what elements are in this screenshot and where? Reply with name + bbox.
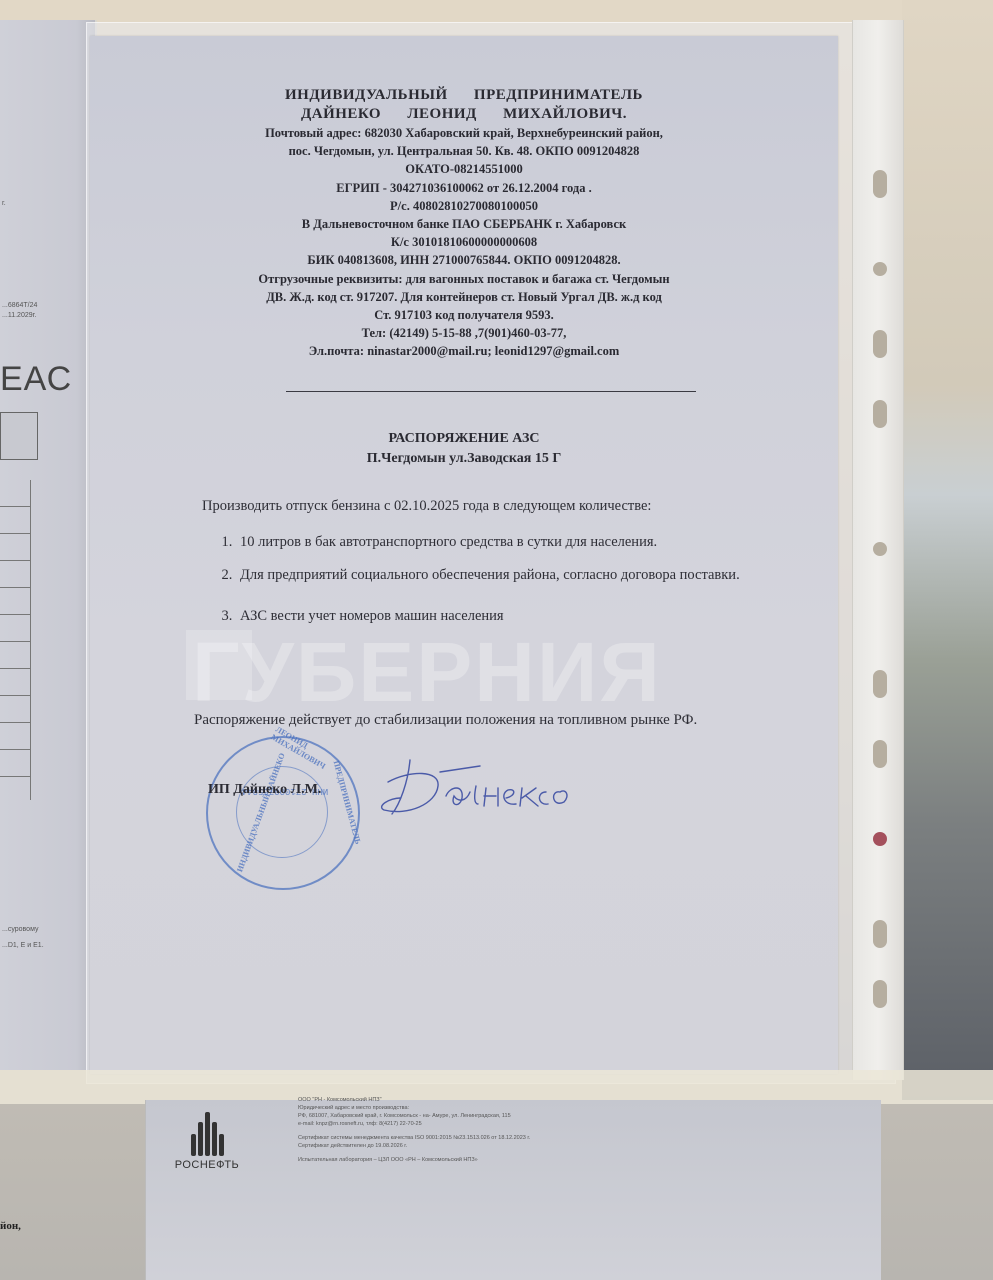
rosneft-detail-block: Сертификат системы менеджмента качества … (298, 1134, 728, 1150)
rosneft-details: ООО "РН - Комсомольский НПЗ" Юридический… (298, 1096, 728, 1170)
signer-name: ИП Дайнеко Л.М. (208, 782, 321, 798)
eac-logo: ЕАС (0, 360, 72, 399)
punch-hole-icon (873, 740, 887, 768)
punch-hole-icon (873, 330, 887, 358)
letterhead-detail: ЕГРИП - 304271036100062 от 26.12.2004 го… (90, 179, 838, 197)
letterhead-detail: Отгрузочные реквизиты: для вагонных пост… (90, 270, 838, 288)
order-heading: РАСПОРЯЖЕНИЕ АЗС П.Чегдомын ул.Заводская… (90, 429, 838, 469)
letterhead-detail: пос. Чегдомын, ул. Центральная 50. Кв. 4… (90, 142, 838, 160)
punch-hole-icon (873, 170, 887, 198)
left-fragment: ...11.2029г. (2, 312, 36, 319)
left-neighbor-sheet: г. ...6864Т/24 ...11.2029г. ЕАС ...суров… (0, 20, 97, 1070)
order-item: 10 литров в бак автотранспортного средст… (236, 533, 802, 552)
rosneft-detail-block: ООО "РН - Комсомольский НПЗ" Юридический… (298, 1096, 728, 1128)
letterhead-detail: БИК 040813608, ИНН 271000765844. ОКПО 00… (90, 251, 838, 269)
order-location: П.Чегдомын ул.Заводская 15 Г (90, 449, 838, 469)
background-window (902, 0, 993, 1100)
rosneft-detail-block: Испытательная лаборатория – ЦЗЛ ООО «РН … (298, 1156, 728, 1164)
letterhead-detail: К/с 30101810600000000608 (90, 233, 838, 251)
letterhead-detail: Тел: (42149) 5-15-88 ,7(901)460-03-77, (90, 324, 838, 342)
order-body: Производить отпуск бензина с 02.10.2025 … (202, 498, 802, 640)
order-items: 10 литров в бак автотранспортного средст… (202, 533, 802, 626)
left-fragment: ...6864Т/24 (2, 302, 37, 309)
document-page: ИНДИВИДУАЛЬНЫЙ ПРЕДПРИНИМАТЕЛЬ ДАЙНЕКО Л… (90, 36, 838, 1074)
divider (286, 391, 696, 392)
left-fragment: ...D1, Е и Е1. (2, 942, 44, 949)
letterhead-title: ИНДИВИДУАЛЬНЫЙ ПРЕДПРИНИМАТЕЛЬ (90, 86, 838, 105)
stamp-seal-icon: ЛЕОНИД МИХАЙЛОВИЧ ПРЕДПРИНИМАТЕЛЬ ИНДИВИ… (206, 736, 360, 890)
punch-hole-icon (873, 980, 887, 1008)
gost-logo-icon (0, 412, 38, 460)
letterhead: ИНДИВИДУАЛЬНЫЙ ПРЕДПРИНИМАТЕЛЬ ДАЙНЕКО Л… (90, 86, 838, 361)
order-intro: Производить отпуск бензина с 02.10.2025 … (202, 498, 802, 515)
punch-hole-icon (873, 262, 887, 276)
punch-hole-icon (873, 400, 887, 428)
punch-hole-icon (873, 832, 887, 846)
left-bottom-fragment: йон, (0, 1220, 21, 1232)
left-fragment: ...суровому (2, 926, 38, 933)
sleeve-perforation-strip (852, 20, 904, 1080)
handwritten-signature-icon (370, 752, 610, 822)
left-table (0, 480, 31, 800)
letterhead-detail: В Дальневосточном банке ПАО СБЕРБАНК г. … (90, 215, 838, 233)
letterhead-detail: Р/с. 40802810270080100050 (90, 197, 838, 215)
letterhead-detail: Ст. 917103 код получателя 9593. (90, 306, 838, 324)
punch-hole-icon (873, 542, 887, 556)
punch-hole-icon (873, 920, 887, 948)
letterhead-detail: Почтовый адрес: 682030 Хабаровский край,… (90, 124, 838, 142)
punch-hole-icon (873, 670, 887, 698)
rosneft-brand-name: РОСНЕФТЬ (172, 1159, 242, 1171)
rosneft-logo: РОСНЕФТЬ (172, 1110, 242, 1171)
rosneft-logo-icon (189, 1110, 225, 1156)
letterhead-detail: ДВ. Ж.д. код ст. 917207. Для контейнеров… (90, 288, 838, 306)
letterhead-name: ДАЙНЕКО ЛЕОНИД МИХАЙЛОВИЧ. (90, 105, 838, 124)
order-item: Для предприятий социального обеспечения … (236, 566, 802, 585)
left-fragment: г. (2, 200, 6, 207)
letterhead-detail: Эл.почта: ninastar2000@mail.ru; leonid12… (90, 342, 838, 360)
order-item: АЗС вести учет номеров машин населения (236, 607, 802, 626)
order-title: РАСПОРЯЖЕНИЕ АЗС (90, 429, 838, 449)
letterhead-detail: ОКАТО-08214551000 (90, 160, 838, 178)
